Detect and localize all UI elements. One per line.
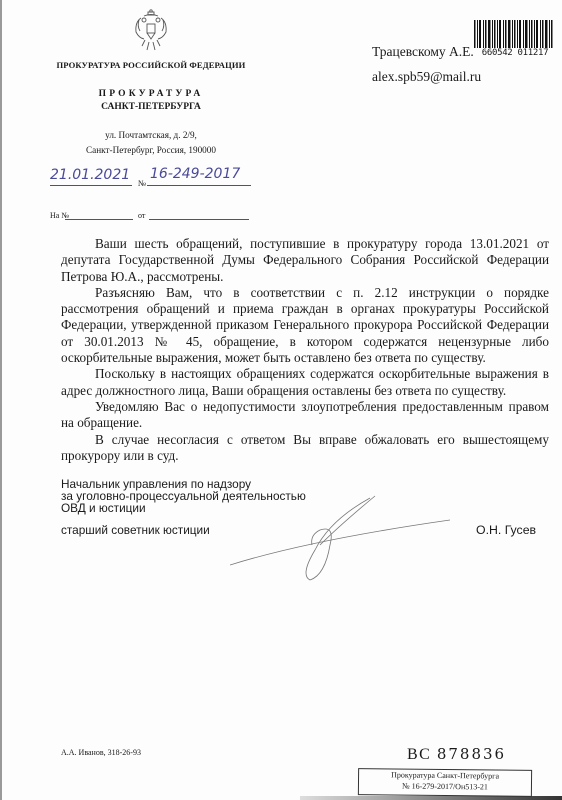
serial-number: 878836: [437, 745, 506, 763]
scan-left-edge: [0, 0, 2, 800]
handwritten-signature-icon: [230, 490, 450, 590]
form-serial: ВС 878836: [407, 745, 506, 764]
letter-body: Ваши шесть обращений, поступившие в прок…: [61, 236, 549, 464]
handwritten-date: 21.01.2021: [50, 167, 130, 183]
office-name: ПРОКУРАТУРА: [28, 89, 274, 99]
registration-stamp: Прокуратура Санкт-Петербурга № 16-279-20…: [358, 768, 532, 797]
serial-prefix: ВС: [407, 746, 431, 763]
barcode-number: 660542 011217: [474, 48, 556, 58]
address-city: Санкт-Петербург, Россия, 190000: [28, 145, 274, 155]
signer-position-line3: ОВД и юстиции: [61, 502, 146, 514]
ref-from-label: от: [138, 211, 145, 220]
stamp-number: № 16-279-2017/Он513-21: [359, 781, 531, 793]
date-underline: [50, 185, 132, 186]
body-paragraph: В случае несогласия с ответом Вы вправе …: [61, 432, 549, 465]
handwritten-number: 16-249-2017: [150, 166, 240, 182]
body-paragraph: Уведомляю Вас о недопустимости злоупотре…: [61, 399, 549, 432]
body-paragraph: Поскольку в настоящих обращениях содержа…: [61, 366, 549, 399]
ref-from-line: [149, 219, 249, 220]
body-paragraph: Ваши шесть обращений, поступившие в прок…: [61, 236, 549, 285]
address-street: ул. Почтамтская, д. 2/9,: [28, 130, 274, 140]
signer-rank: старший советник юстиции: [61, 524, 210, 536]
body-paragraph: Разъясняю Вам, что в соответствии с п. 2…: [61, 285, 549, 366]
number-underline: [147, 185, 251, 186]
russian-coat-of-arms-icon: [133, 8, 169, 52]
executor-info: А.А. Иванов, 318-26-93: [61, 748, 141, 757]
recipient-name: Трацевскому А.Е.: [372, 44, 474, 60]
org-name: ПРОКУРАТУРА РОССИЙСКОЙ ФЕДЕРАЦИИ: [28, 60, 274, 70]
ref-number-line: [65, 219, 133, 220]
signer-name: О.Н. Гусев: [476, 523, 536, 537]
office-city: САНКТ-ПЕТЕРБУРГА: [28, 102, 274, 112]
recipient-email: alex.spb59@mail.ru: [372, 69, 481, 85]
number-label: №: [138, 178, 146, 188]
